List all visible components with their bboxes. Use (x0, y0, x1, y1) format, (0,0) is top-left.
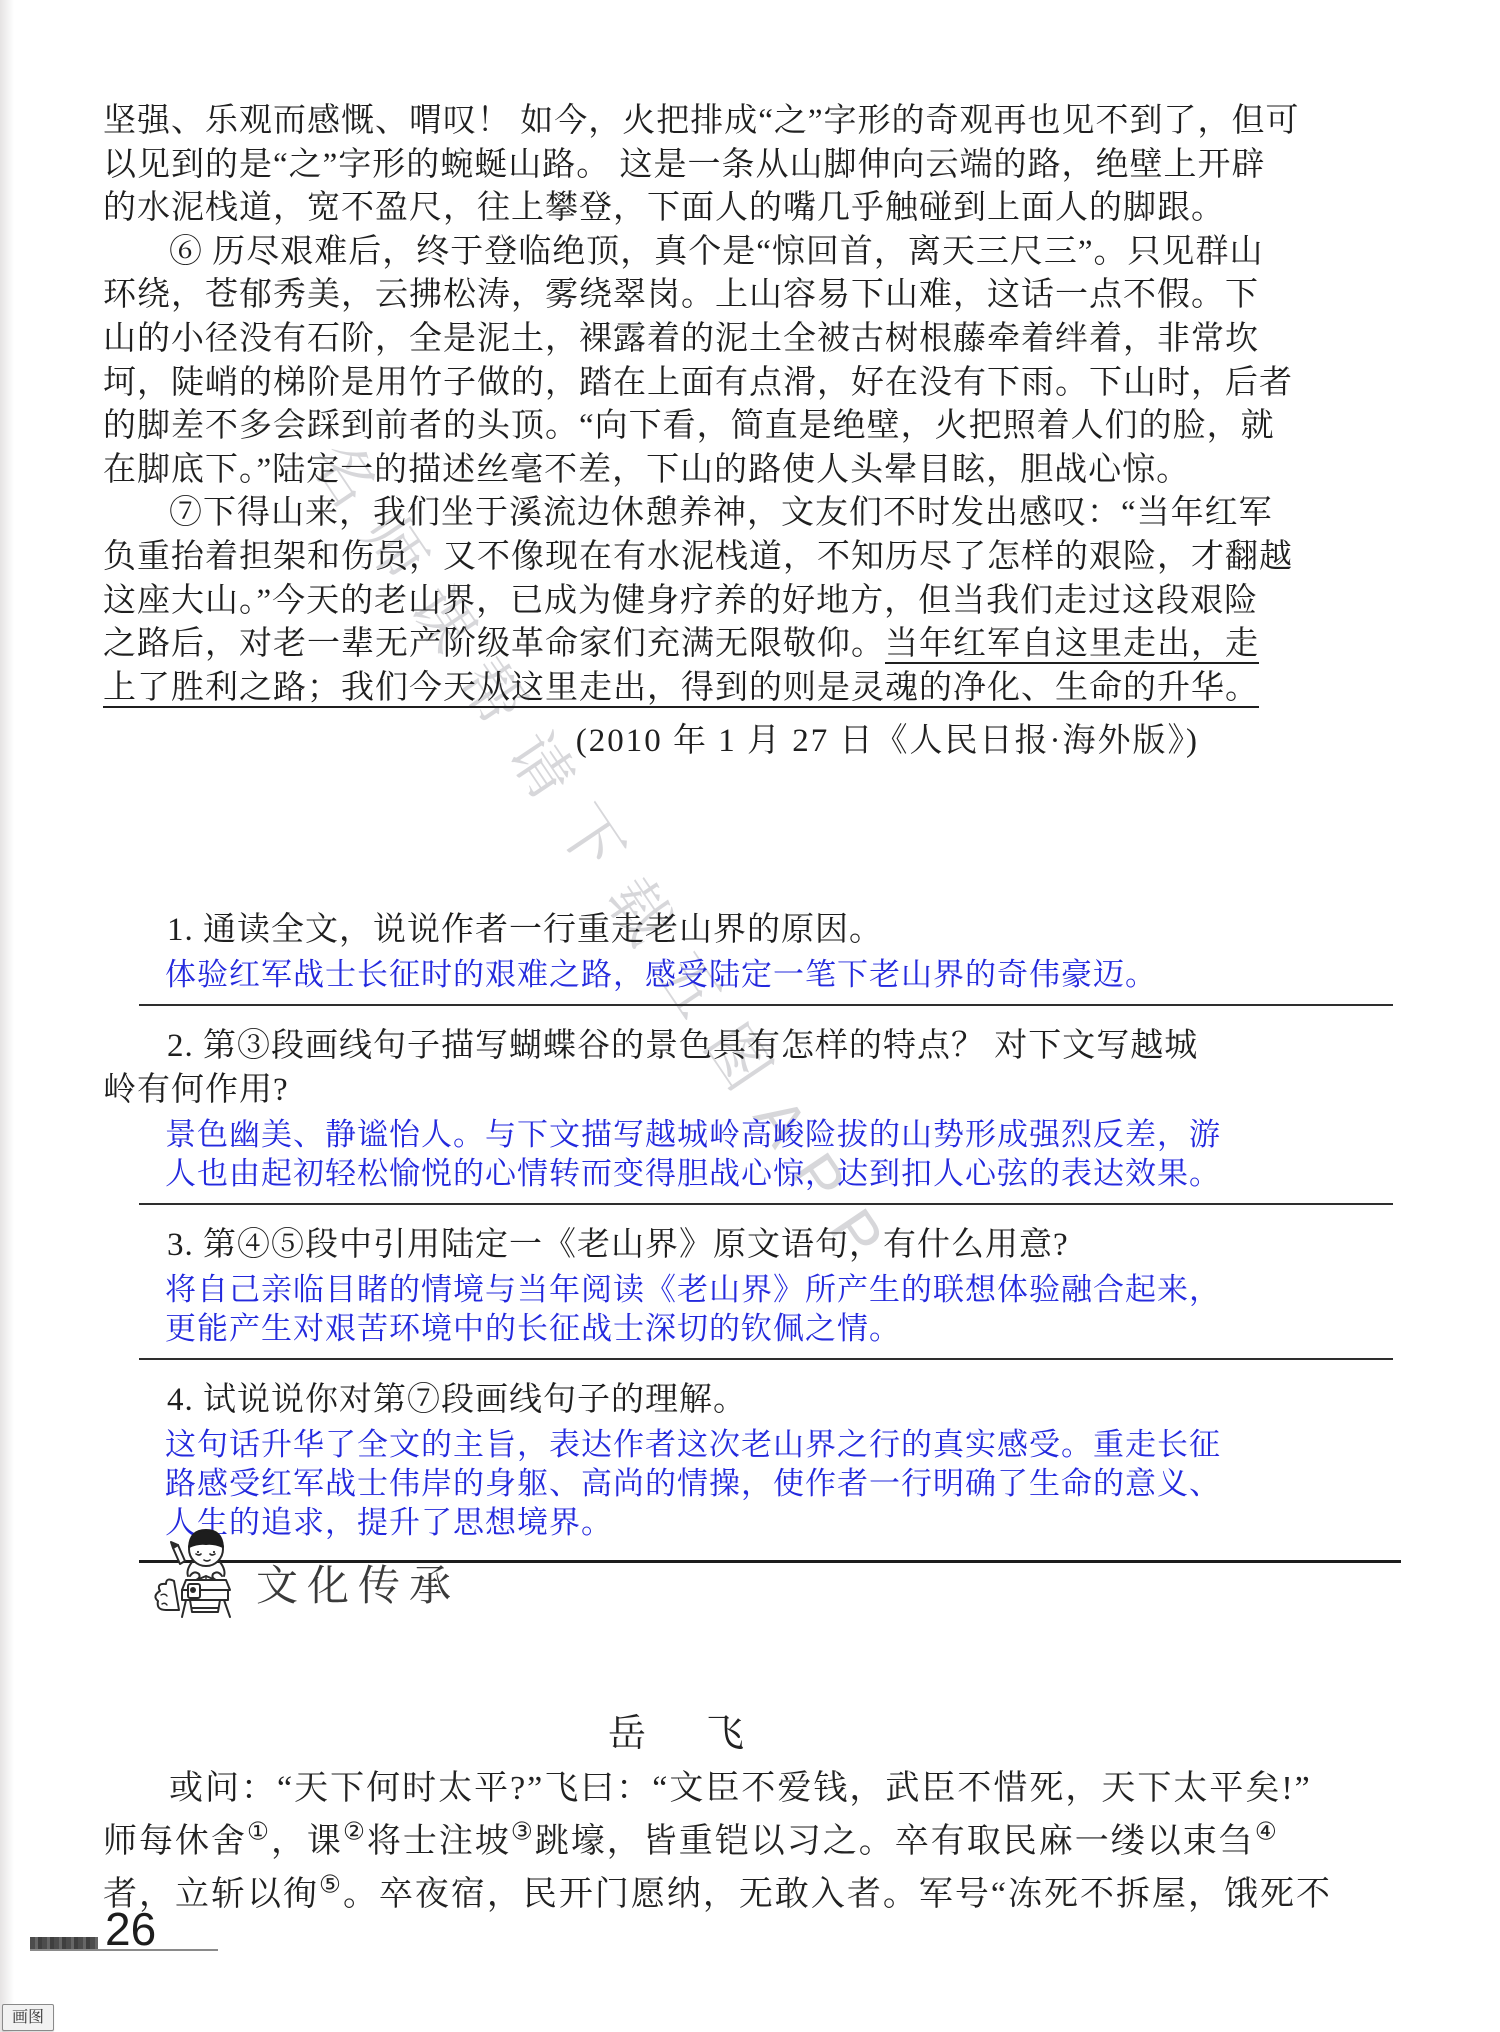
passage-title: 岳飞 (31, 1702, 1323, 1757)
classical-line: 者，立斩以徇⑤。卒夜宿，民开门愿纳，无敢入者。军号“冻死不拆屋，饿死不 (103, 1868, 1395, 1921)
page-footer-bar (30, 1937, 98, 1949)
paragraph-7-line: 上了胜利之路；我们今天从这里走出，得到的则是灵魂的净化、生命的升华。 (103, 667, 1395, 711)
passage-title-char: 岳 (608, 1713, 648, 1755)
classical-line: 师每休舍①，课②将士注坡③跳壕，皆重铠以习之。卒有取民麻一缕以束刍④ (103, 1815, 1395, 1868)
question-2-label-wrap: 岭有何作用? (103, 1068, 1395, 1112)
question-4-label: 4. 试说说你对第⑦段画线句子的理解。 (103, 1378, 1395, 1422)
paragraph-6-line: 山的小径没有石阶，全是泥土，裸露着的泥土全被古树根藤牵着绊着，非常坎 (103, 318, 1395, 362)
passage-title-char: 飞 (706, 1713, 746, 1755)
paragraph-7-line: 负重抬着担架和伤员，又不像现在有水泥栈道，不知历尽了怎样的艰险，才翻越 (103, 536, 1395, 580)
answer-rule-line (139, 1004, 1393, 1006)
culture-section-title: 文化传承 (256, 1553, 460, 1613)
student-at-desk-icon (152, 1524, 252, 1619)
underlined-sentence: 上了胜利之路；我们今天从这里走出，得到的则是灵魂的净化、生命的升华。 (103, 670, 1259, 706)
underlined-sentence: 当年红军自这里走出，走 (885, 626, 1259, 662)
paragraph-7-line: ⑦下得山来，我们坐于溪流边休憩养神，文友们不时发出感叹：“当年红军 (103, 492, 1395, 536)
scanned-textbook-page: { "page": { "number": "26", "tool_button… (0, 0, 1500, 2032)
question-3-answer-line: 将自己亲临目睹的情境与当年阅读《老山界》所产生的联想体验融合起来， (103, 1270, 1395, 1309)
paragraph-6-line: 的脚差不多会踩到前者的头顶。“向下看，简直是绝壁，火把照着人们的脸，就 (103, 405, 1395, 449)
classical-line: 或问：“天下何时太平?”飞曰：“文臣不爱钱，武臣不惜死，天下太平矣!” (103, 1762, 1395, 1815)
question-2: 2. 第③段画线句子描写蝴蝶谷的景色具有怎样的特点？ 对下文写越城 岭有何作用?… (103, 1024, 1395, 1205)
question-2-label: 2. 第③段画线句子描写蝴蝶谷的景色具有怎样的特点？ 对下文写越城 (103, 1024, 1395, 1068)
comprehension-questions: 1. 通读全文，说说作者一行重走老山界的原因。 体验红军战士长征时的艰难之路，感… (103, 908, 1395, 1563)
question-4-answer-line: 路感受红军战士伟岸的身躯、高尚的情操，使作者一行明确了生命的意义、 (103, 1464, 1395, 1503)
draw-tool-button[interactable]: 画图 (2, 2004, 54, 2031)
source-citation: (2010 年 1 月 27 日《人民日报·海外版》) (103, 720, 1395, 764)
paragraph-6-line: 环绕，苍郁秀美，云拂松涛，雾绕翠岗。上山容易下山难，这话一点不假。下 (103, 274, 1395, 318)
body-line: 以见到的是“之”字形的蜿蜒山路。 这是一条从山脚伸向云端的路，绝壁上开辟 (103, 144, 1395, 188)
body-line: 坚强、乐观而感慨、喟叹！ 如今，火把排成“之”字形的奇观再也见不到了，但可 (103, 100, 1395, 144)
question-2-answer-line: 人也由起初轻松愉悦的心情转而变得胆战心惊，达到扣人心弦的表达效果。 (103, 1154, 1395, 1193)
question-2-answer-line: 景色幽美、静谧怡人。与下文描写越城岭高峻险拔的山势形成强烈反差，游 (103, 1115, 1395, 1154)
paragraph-7-text: 之路后，对老一辈无产阶级革命家们充满无限敬仰。 (103, 626, 885, 662)
page-number: 26 (105, 1906, 156, 1952)
answer-rule-line (139, 1203, 1393, 1205)
paragraph-6-line: 在脚底下。”陆定一的描述丝毫不差，下山的路使人头晕目眩，胆战心惊。 (103, 449, 1395, 493)
classical-passage: 或问：“天下何时太平?”飞曰：“文臣不爱钱，武臣不惜死，天下太平矣!” 师每休舍… (103, 1762, 1395, 1921)
question-1-answer-line: 体验红军战士长征时的艰难之路，感受陆定一笔下老山界的奇伟豪迈。 (103, 955, 1395, 994)
body-line: 的水泥栈道，宽不盈尺，往上攀登，下面人的嘴几乎触碰到上面人的脚跟。 (103, 187, 1395, 231)
question-1: 1. 通读全文，说说作者一行重走老山界的原因。 体验红军战士长征时的艰难之路，感… (103, 908, 1395, 1006)
paragraph-6-line: ⑥ 历尽艰难后，终于登临绝顶，真个是“惊回首，离天三尺三”。只见群山 (103, 231, 1395, 275)
question-3: 3. 第④⑤段中引用陆定一《老山界》原文语句，有什么用意? 将自己亲临目睹的情境… (103, 1223, 1395, 1360)
culture-section-header: 文化传承 (152, 1524, 460, 1619)
scan-edge-shadow (0, 0, 14, 2032)
reading-passage: 坚强、乐观而感慨、喟叹！ 如今，火把排成“之”字形的奇观再也见不到了，但可 以见… (103, 100, 1395, 764)
question-4-answer-line: 这句话升华了全文的主旨，表达作者这次老山界之行的真实感受。重走长征 (103, 1425, 1395, 1464)
paragraph-7-line: 这座大山。”今天的老山界，已成为健身疗养的好地方，但当我们走过这段艰险 (103, 580, 1395, 624)
question-3-label: 3. 第④⑤段中引用陆定一《老山界》原文语句，有什么用意? (103, 1223, 1395, 1267)
question-3-answer-line: 更能产生对艰苦环境中的长征战士深切的钦佩之情。 (103, 1309, 1395, 1348)
paragraph-7-line: 之路后，对老一辈无产阶级革命家们充满无限敬仰。当年红军自这里走出，走 (103, 623, 1395, 667)
question-1-label: 1. 通读全文，说说作者一行重走老山界的原因。 (103, 908, 1395, 952)
paragraph-6-line: 坷，陡峭的梯阶是用竹子做的，踏在上面有点滑，好在没有下雨。下山时，后者 (103, 362, 1395, 406)
answer-rule-line (139, 1358, 1393, 1360)
